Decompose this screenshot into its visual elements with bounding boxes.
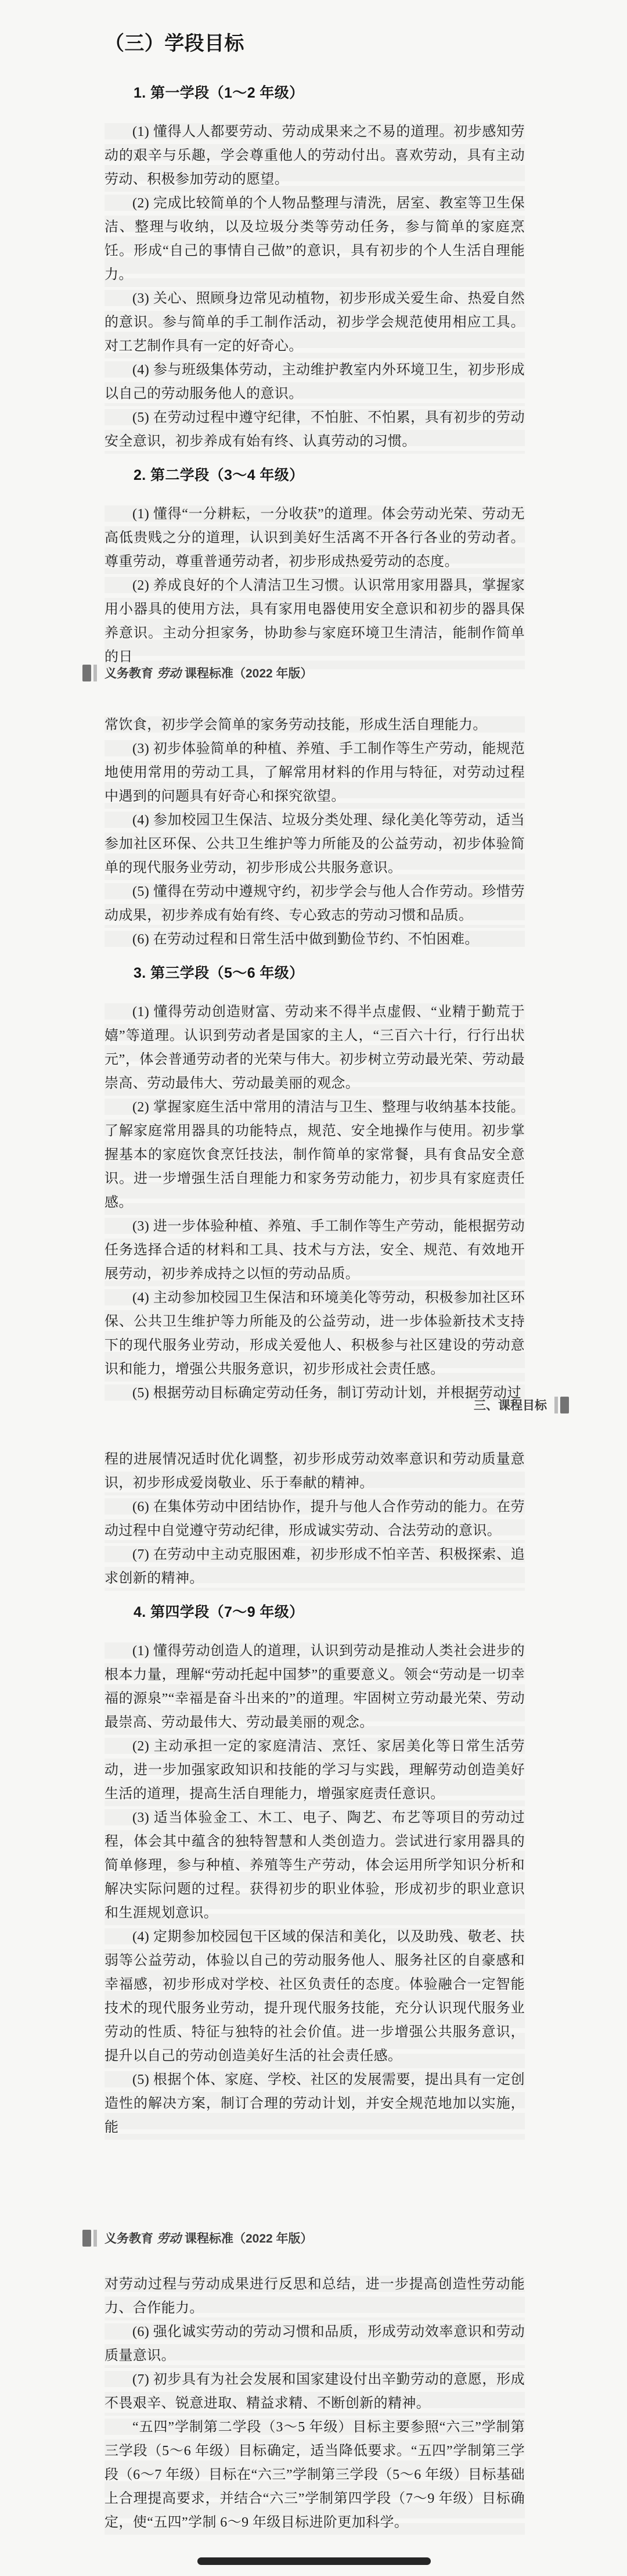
footer-text-suffix: 课程标准（2022 年版）	[185, 2232, 313, 2245]
footer-text-prefix: 义务教育	[105, 667, 153, 680]
home-indicator[interactable]	[197, 2557, 431, 2565]
paragraph: (3) 进一步体验种植、养殖、手工制作等生产劳动，能根据劳动任务选择合适的材料和…	[105, 1215, 525, 1286]
paragraph-continuation: 对劳动过程与劳动成果进行反思和总结，进一步提高创造性劳动能力、合作能力。	[105, 2273, 525, 2320]
footer-course-name: 劳动	[157, 2232, 181, 2245]
paragraph: (6) 在劳动过程和日常生活中做到勤俭节约、不怕困难。	[105, 928, 525, 952]
paragraph: (1) 懂得劳动创造财富、劳动来不得半点虚假、“业精于勤荒于嬉”等道理。认识到劳…	[105, 1000, 525, 1096]
paragraph: (5) 懂得在劳动中遵规守约，初步学会与他人合作劳动。珍惜劳动成果，初步养成有始…	[105, 880, 525, 928]
paragraph: (4) 参与班级集体劳动，主动维护教室内外环境卫生，初步形成以自己的劳动服务他人…	[105, 358, 525, 406]
footer-dark-block-icon	[560, 1397, 569, 1413]
paragraph: (1) 懂得劳动创造人的道理，认识到劳动是推动人类社会进步的根本力量，理解“劳动…	[105, 1639, 525, 1735]
paragraph: (2) 掌握家庭生活中常用的清洁与卫生、整理与收纳基本技能。了解家庭常用器具的功…	[105, 1096, 525, 1215]
footer-light-bar-icon	[93, 665, 97, 681]
section-title: （三）学段目标	[105, 32, 525, 55]
footer-book-title-text: 义务教育劳动课程标准（2022 年版）	[105, 664, 313, 681]
footer-dark-block-icon	[82, 665, 91, 681]
paragraph: (3) 关心、照顾身边常见动植物，初步形成关爱生命、热爱自然的意识。参与简单的手…	[105, 287, 525, 358]
stage-heading: 2. 第二学段（3～4 年级）	[105, 467, 525, 484]
footer-chapter-title-text: 三、课程目标	[474, 1396, 547, 1413]
paragraph: “五四”学制第二学段（3～5 年级）目标主要参照“六三”学制第三学段（5～6 年…	[105, 2416, 525, 2535]
footer-light-bar-icon	[554, 1397, 558, 1413]
page-footer-chapter-title: 三、课程目标	[474, 1395, 569, 1414]
page-footer-book-title: 义务教育劳动课程标准（2022 年版）	[82, 663, 313, 682]
paragraph: (4) 定期参加校园包干区域的保洁和美化，以及助残、敬老、扶弱等公益劳动，体验以…	[105, 1925, 525, 2068]
footer-text-suffix: 课程标准（2022 年版）	[185, 667, 313, 680]
page-1-content: （三）学段目标1. 第一学段（1～2 年级）(1) 懂得人人都要劳动、劳动成果来…	[105, 32, 525, 669]
stage-heading: 3. 第三学段（5～6 年级）	[105, 964, 525, 982]
paragraph: (6) 在集体劳动中团结协作，提升与他人合作劳动的能力。在劳动过程中自觉遵守劳动…	[105, 1495, 525, 1543]
paragraph: (1) 懂得“一分耕耘，一分收获”的道理。体会劳动光荣、劳动无高低贵贱之分的道理…	[105, 503, 525, 574]
paragraph: (5) 根据个体、家庭、学校、社区的发展需要，提出具有一定创造性的解决方案，制订…	[105, 2068, 525, 2140]
paragraph: (5) 在劳动过程中遵守纪律，不怕脏、不怕累，具有初步的劳动安全意识，初步养成有…	[105, 406, 525, 454]
page-3-content: 程的进展情况适时优化调整，初步形成劳动效率意识和劳动质量意识，初步形成爱岗敬业、…	[105, 1448, 525, 2140]
footer-course-name: 劳动	[157, 667, 181, 680]
paragraph: (7) 在劳动中主动克服困难，初步形成不怕辛苦、积极探索、追求创新的精神。	[105, 1543, 525, 1591]
stage-heading: 1. 第一学段（1～2 年级）	[105, 84, 525, 102]
stage-heading: 4. 第四学段（7～9 年级）	[105, 1603, 525, 1621]
paragraph: (7) 初步具有为社会发展和国家建设付出辛勤劳动的意愿，形成不畏艰辛、锐意进取、…	[105, 2368, 525, 2416]
paragraph: (3) 初步体验简单的种植、养殖、手工制作等生产劳动，能规范地使用常用的劳动工具…	[105, 737, 525, 809]
paragraph: (3) 适当体验金工、木工、电子、陶艺、布艺等项目的劳动过程，体会其中蕴含的独特…	[105, 1806, 525, 1925]
paragraph: (2) 养成良好的个人清洁卫生习惯。认识常用家用器具，掌握家用小器具的使用方法，…	[105, 574, 525, 669]
footer-book-title-text: 义务教育劳动课程标准（2022 年版）	[105, 2229, 313, 2247]
paragraph-continuation: 常饮食，初步学会简单的家务劳动技能，形成生活自理能力。	[105, 713, 525, 737]
paragraph: (2) 主动承担一定的家庭清洁、烹饪、家居美化等日常生活劳动，进一步加强家政知识…	[105, 1735, 525, 1806]
footer-dark-block-icon	[82, 2230, 91, 2247]
footer-light-bar-icon	[93, 2230, 97, 2247]
page-4-content: 对劳动过程与劳动成果进行反思和总结，进一步提高创造性劳动能力、合作能力。(6) …	[105, 2273, 525, 2535]
paragraph: (4) 主动参加校园卫生保洁和环境美化等劳动，积极参加社区环保、公共卫生维护等力…	[105, 1286, 525, 1382]
footer-text-prefix: 义务教育	[105, 2232, 153, 2245]
page-2-content: 常饮食，初步学会简单的家务劳动技能，形成生活自理能力。(3) 初步体验简单的种植…	[105, 713, 525, 1405]
paragraph: (4) 参加校园卫生保洁、垃圾分类处理、绿化美化等劳动，适当参加社区环保、公共卫…	[105, 809, 525, 880]
page-footer-book-title: 义务教育劳动课程标准（2022 年版）	[82, 2229, 313, 2247]
paragraph: (6) 强化诚实劳动的劳动习惯和品质，形成劳动效率意识和劳动质量意识。	[105, 2320, 525, 2368]
paragraph-continuation: 程的进展情况适时优化调整，初步形成劳动效率意识和劳动质量意识，初步形成爱岗敬业、…	[105, 1448, 525, 1495]
paragraph: (5) 根据劳动目标确定劳动任务，制订劳动计划，并根据劳动过	[105, 1382, 525, 1405]
paragraph: (1) 懂得人人都要劳动、劳动成果来之不易的道理。初步感知劳动的艰辛与乐趣，学会…	[105, 120, 525, 192]
paragraph: (2) 完成比较简单的个人物品整理与清洗，居室、教室等卫生保洁、整理与收纳，以及…	[105, 192, 525, 287]
